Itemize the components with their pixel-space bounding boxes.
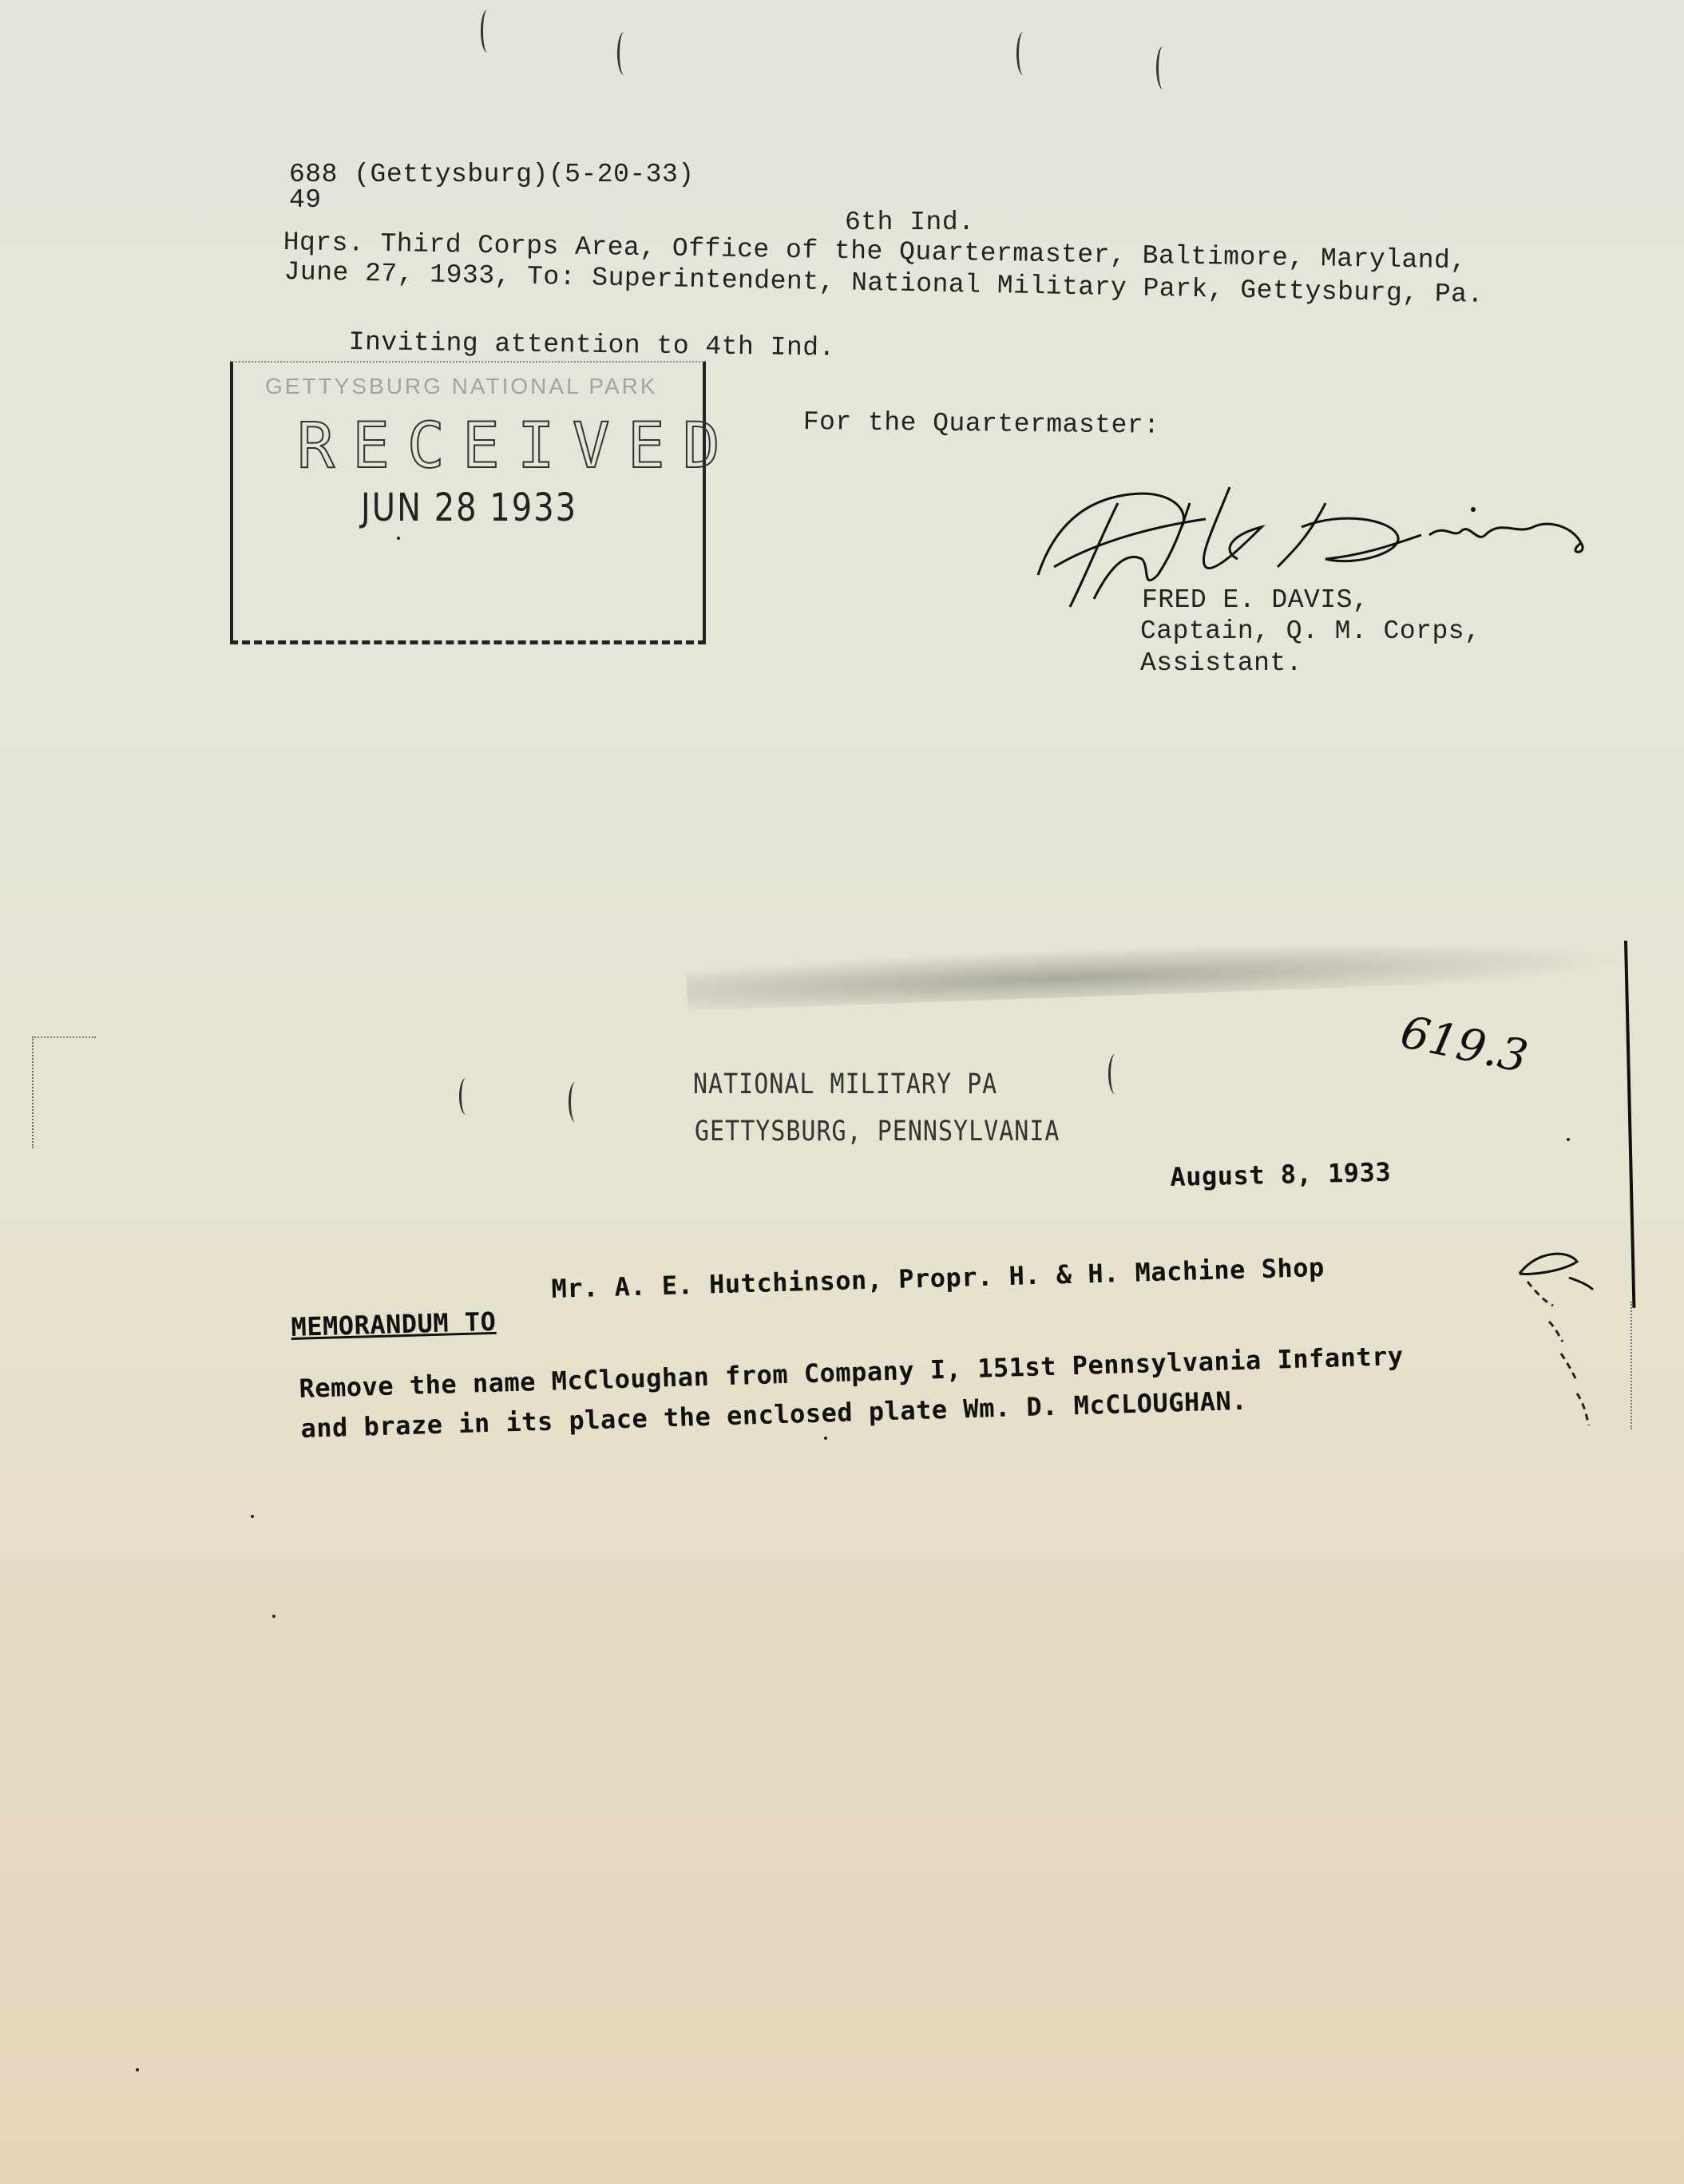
memo-recipient: Mr. A. E. Hutchinson, Propr. H. & H. Mac… — [551, 1252, 1325, 1304]
page-edge — [32, 1037, 96, 1038]
reference-line: 688 (Gettysburg)(5-20-33) — [289, 160, 695, 189]
scan-speck — [1567, 1138, 1570, 1141]
signer-name: FRED E. DAVIS, — [1142, 585, 1369, 615]
scan-speck — [251, 1515, 254, 1518]
handwritten-file-number: 619.3 — [1396, 1006, 1531, 1084]
letterhead-line-1: NATIONAL MILITARY PA — [693, 1068, 997, 1100]
memo-to-label: MEMORANDUM TO — [291, 1306, 497, 1342]
scan-speck — [397, 537, 400, 540]
scan-speck — [136, 2068, 139, 2071]
scan-speck — [272, 1615, 275, 1618]
page-edge — [1624, 941, 1635, 1308]
indorsement-body: Inviting attention to 4th Ind. — [349, 327, 836, 363]
binder-hole-mark — [1108, 1054, 1122, 1094]
binder-hole-mark — [1156, 46, 1170, 89]
binder-hole-mark — [1016, 32, 1030, 75]
page-edge — [32, 1037, 35, 1148]
letterhead-line-2: GETTYSBURG, PENNSYLVANIA — [695, 1116, 1060, 1147]
signer-role: Assistant. — [1140, 648, 1302, 678]
stamp-date: JUN 28 1933 — [361, 486, 577, 530]
binder-hole-mark — [617, 32, 631, 75]
received-stamp: GETTYSBURG NATIONAL PARK RECEIVED JUN 28… — [230, 361, 706, 644]
memo-date: August 8, 1933 — [1170, 1157, 1392, 1192]
binder-hole-mark — [569, 1082, 582, 1122]
page-edge — [1631, 1302, 1634, 1429]
binder-hole-mark — [459, 1078, 473, 1115]
stamp-header: GETTYSBURG NATIONAL PARK — [265, 374, 658, 399]
margin-initials — [1513, 1226, 1601, 1433]
smudged-letterhead — [686, 929, 1629, 1010]
stamp-received-label: RECEIVED — [297, 410, 738, 482]
binder-hole-mark — [481, 10, 494, 53]
signer-rank: Captain, Q. M. Corps, — [1140, 616, 1480, 646]
closing-line: For the Quartermaster: — [803, 407, 1160, 441]
scan-speck — [824, 1437, 827, 1440]
reference-number: 49 — [289, 185, 322, 215]
indorsement-number: 6th Ind. — [845, 208, 974, 237]
